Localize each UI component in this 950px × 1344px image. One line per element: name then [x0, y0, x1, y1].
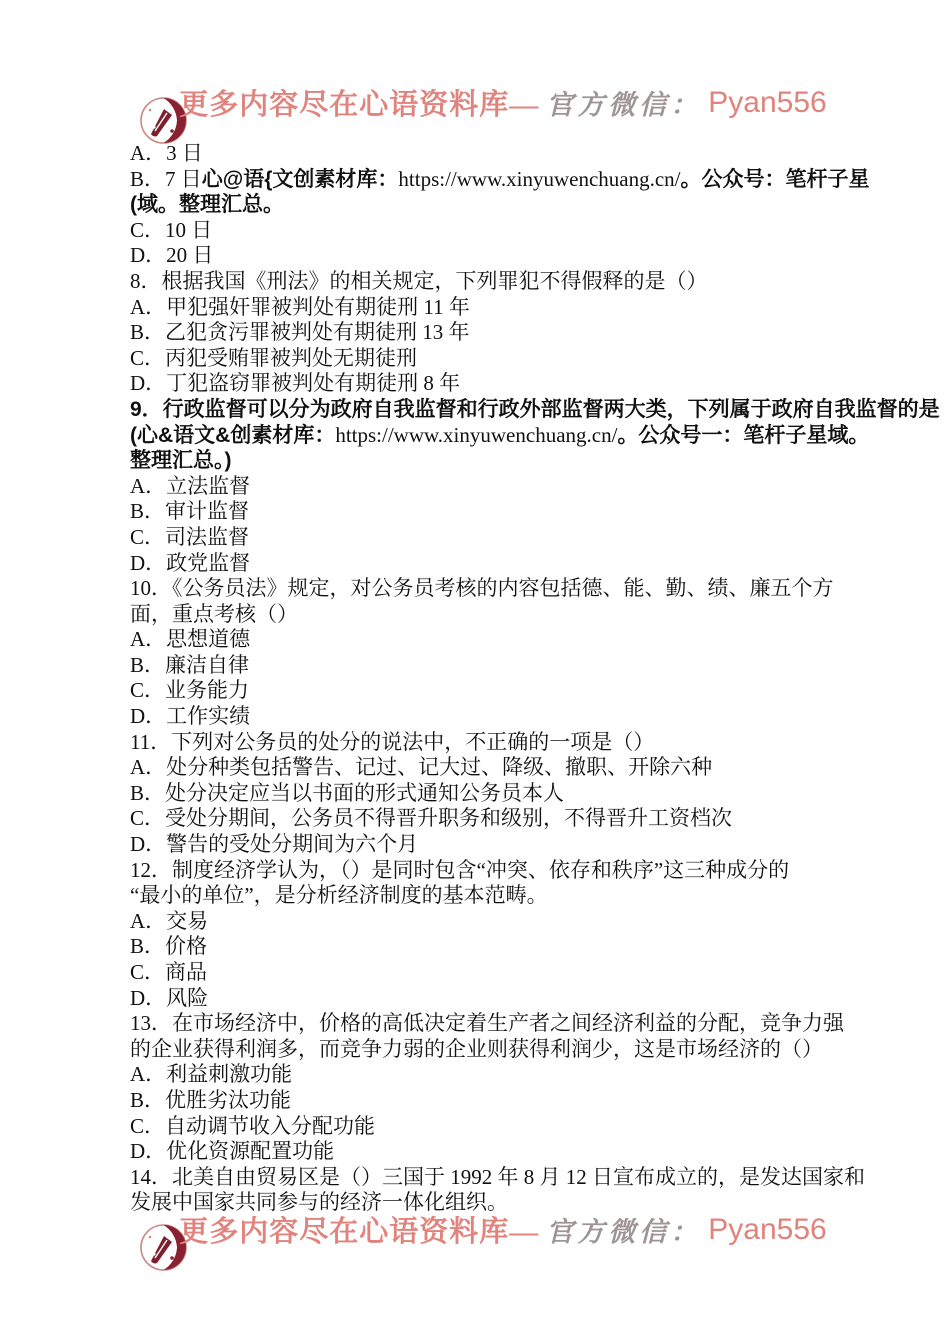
text-segment: (心&语文&创素材库：	[130, 424, 335, 447]
text-segment: C．丙犯受贿罪被判处无期徒刑	[130, 346, 417, 370]
text-line: C．10 日	[130, 218, 836, 244]
text-line: B．乙犯贪污罪被判处有期徒刑 13 年	[130, 320, 836, 346]
text-segment: 。公众号：笔杆子星	[681, 168, 870, 191]
text-line: D．20 日	[130, 243, 836, 269]
text-line: (心&语文&创素材库：https://www.xinyuwenchuang.cn…	[130, 423, 836, 449]
watermark-main-text: 更多内容尽在心语资料库—	[179, 82, 539, 123]
text-line: D．政党监督	[130, 551, 836, 577]
text-segment: C．受处分期间，公务员不得晋升职务和级别，不得晋升工资档次	[130, 806, 732, 830]
text-segment: D．政党监督	[130, 551, 250, 575]
text-segment: 。公众号一：笔杆子星域。	[617, 424, 869, 447]
text-line: 面，重点考核（）	[130, 602, 836, 628]
watermark-wechat-id: Pyan556	[708, 1213, 826, 1247]
text-line: (域。整理汇总。	[130, 192, 836, 218]
text-segment: 9．行政监督可以分为政府自我监督和行政外部监督两大类，下列属于政府自我监督的是	[130, 398, 940, 421]
text-segment: A．利益刺激功能	[130, 1062, 292, 1086]
text-segment: 心@语{文创素材库：	[202, 168, 399, 191]
text-segment: A．交易	[130, 909, 208, 933]
text-segment: D．警告的受处分期间为六个月	[130, 832, 418, 856]
text-segment: B．廉洁自律	[130, 653, 249, 677]
text-segment: C．自动调节收入分配功能	[130, 1114, 375, 1138]
text-segment: D．20 日	[130, 243, 213, 267]
text-segment: C．司法监督	[130, 525, 249, 549]
text-segment: D．工作实绩	[130, 704, 250, 728]
text-line: B．廉洁自律	[130, 653, 836, 679]
text-line: 14．北美自由贸易区是（）三国于 1992 年 8 月 12 日宣布成立的，是发…	[130, 1165, 836, 1191]
text-segment: 的企业获得利润多，而竞争力弱的企业则获得利润少，这是市场经济的（）	[130, 1037, 823, 1061]
text-segment: 整理汇总。)	[130, 449, 232, 472]
text-segment: 8．根据我国《刑法》的相关规定，下列罪犯不得假释的是（）	[130, 269, 708, 293]
watermark-script-text: 官方微信：	[546, 1210, 701, 1249]
text-line: C．受处分期间，公务员不得晋升职务和级别，不得晋升工资档次	[130, 806, 836, 832]
text-segment: B．7 日	[130, 167, 202, 191]
footer-watermark: 更多内容尽在心语资料库—官方微信：Pyan556	[0, 1205, 950, 1254]
text-line: A．甲犯强奸罪被判处有期徒刑 11 年	[130, 295, 836, 321]
text-line: D．丁犯盗窃罪被判处有期徒刑 8 年	[130, 371, 836, 397]
pen-nib-logo-icon	[123, 78, 172, 127]
text-line: D．风险	[130, 986, 836, 1012]
text-segment: B．审计监督	[130, 499, 249, 523]
text-line: C．业务能力	[130, 678, 836, 704]
text-line: D．优化资源配置功能	[130, 1139, 836, 1165]
document-page: { "watermark": { "logo_icon": "pen-nib-l…	[0, 0, 950, 1344]
text-line: C．自动调节收入分配功能	[130, 1114, 836, 1140]
text-line: 8．根据我国《刑法》的相关规定，下列罪犯不得假释的是（）	[130, 269, 836, 295]
text-segment: D．丁犯盗窃罪被判处有期徒刑 8 年	[130, 371, 460, 395]
text-segment: A．3 日	[130, 141, 203, 165]
text-segment: 14．北美自由贸易区是（）三国于 1992 年 8 月 12 日宣布成立的，是发…	[130, 1165, 865, 1189]
watermark-script-text: 官方微信：	[546, 83, 701, 122]
text-segment: 11．下列对公务员的处分的说法中，不正确的一项是（）	[130, 730, 654, 754]
watermark-main-text: 更多内容尽在心语资料库—	[179, 1209, 539, 1250]
text-line: A．处分种类包括警告、记过、记大过、降级、撤职、开除六种	[130, 755, 836, 781]
text-line: A．利益刺激功能	[130, 1062, 836, 1088]
text-line: 的企业获得利润多，而竞争力弱的企业则获得利润少，这是市场经济的（）	[130, 1037, 836, 1063]
text-line: D．工作实绩	[130, 704, 836, 730]
text-line: B．7 日心@语{文创素材库：https://www.xinyuwenchuan…	[130, 167, 836, 193]
text-segment: D．风险	[130, 986, 208, 1010]
watermark-wechat-id: Pyan556	[708, 86, 826, 120]
text-segment: 12．制度经济学认为，（）是同时包含“冲突、依存和秩序”这三种成分的	[130, 858, 789, 882]
url-text: https://www.xinyuwenchuang.cn/	[335, 423, 617, 447]
text-segment: B．优胜劣汰功能	[130, 1088, 291, 1112]
text-segment: B．乙犯贪污罪被判处有期徒刑 13 年	[130, 320, 470, 344]
text-segment: A．处分种类包括警告、记过、记大过、降级、撤职、开除六种	[130, 755, 712, 779]
text-line: 9．行政监督可以分为政府自我监督和行政外部监督两大类，下列属于政府自我监督的是	[130, 397, 836, 423]
text-line: B．处分决定应当以书面的形式通知公务员本人	[130, 781, 836, 807]
text-line: A．3 日	[130, 141, 836, 167]
text-segment: A．甲犯强奸罪被判处有期徒刑 11 年	[130, 295, 470, 319]
text-segment: C．业务能力	[130, 678, 249, 702]
text-segment: 面，重点考核（）	[130, 602, 298, 626]
text-line: A．交易	[130, 909, 836, 935]
text-line: 13．在市场经济中，价格的高低决定着生产者之间经济利益的分配，竞争力强	[130, 1011, 836, 1037]
header-watermark: 更多内容尽在心语资料库—官方微信：Pyan556	[0, 78, 950, 127]
text-line: “最小的单位”，是分析经济制度的基本范畴。	[130, 883, 836, 909]
text-line: 12．制度经济学认为，（）是同时包含“冲突、依存和秩序”这三种成分的	[130, 858, 836, 884]
text-segment: C．商品	[130, 960, 207, 984]
text-line: 整理汇总。)	[130, 448, 836, 474]
text-segment: A．思想道德	[130, 627, 250, 651]
text-line: B．审计监督	[130, 499, 836, 525]
text-line: B．优胜劣汰功能	[130, 1088, 836, 1114]
text-line: A．立法监督	[130, 474, 836, 500]
text-line: C．司法监督	[130, 525, 836, 551]
url-text: https://www.xinyuwenchuang.cn/	[398, 167, 680, 191]
text-segment: A．立法监督	[130, 474, 250, 498]
document-lines: A．3 日B．7 日心@语{文创素材库：https://www.xinyuwen…	[130, 141, 836, 1216]
text-line: B．价格	[130, 934, 836, 960]
text-segment: 10．《公务员法》规定，对公务员考核的内容包括德、能、勤、绩、廉五个方	[130, 576, 834, 600]
text-segment: D．优化资源配置功能	[130, 1139, 334, 1163]
text-line: C．商品	[130, 960, 836, 986]
pen-nib-logo-icon	[123, 1205, 172, 1254]
text-segment: B．处分决定应当以书面的形式通知公务员本人	[130, 781, 564, 805]
text-segment: (域。整理汇总。	[130, 193, 284, 216]
text-line: 10．《公务员法》规定，对公务员考核的内容包括德、能、勤、绩、廉五个方	[130, 576, 836, 602]
text-line: A．思想道德	[130, 627, 836, 653]
text-line: C．丙犯受贿罪被判处无期徒刑	[130, 346, 836, 372]
text-segment: 13．在市场经济中，价格的高低决定着生产者之间经济利益的分配，竞争力强	[130, 1011, 844, 1035]
text-line: D．警告的受处分期间为六个月	[130, 832, 836, 858]
text-segment: B．价格	[130, 934, 207, 958]
text-segment: “最小的单位”，是分析经济制度的基本范畴。	[130, 883, 548, 907]
text-line: 11．下列对公务员的处分的说法中，不正确的一项是（）	[130, 730, 836, 756]
text-segment: C．10 日	[130, 218, 212, 242]
